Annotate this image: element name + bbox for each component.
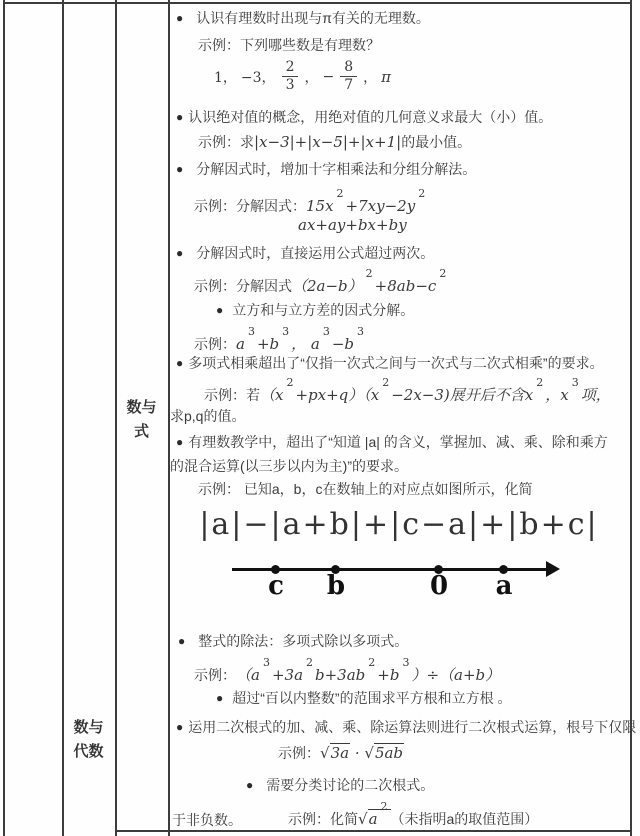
example-line: 示例：下列哪些数是有理数？ [198, 37, 380, 54]
table-border-right [630, 0, 632, 836]
text-line: 于非负数。 [172, 812, 242, 829]
example-prefix: 示例： [194, 667, 236, 684]
example-suffix: 的最小值。 [401, 134, 471, 151]
bullet-icon: ● [176, 434, 183, 451]
example-suffix: （未指明a的取值范围） [391, 811, 539, 828]
pi-symbol: π [381, 68, 391, 86]
number-item: 1， [214, 67, 237, 87]
square-formula: （2a−b）2+8ab−c2 [292, 273, 448, 295]
comma: ， [363, 67, 377, 87]
table-border-col1 [62, 0, 64, 836]
formula-line: ax+ay+bx+by [298, 217, 407, 234]
example-text: 示例： 已知a，b，c在数轴上的对应点如图所示，化简 [198, 481, 532, 498]
bullet-text: 分解因式时，直接运用公式超过两次。 [196, 245, 434, 262]
row-label-domain-line1: 数与 [62, 716, 115, 740]
bullet-icon: ● [178, 633, 185, 650]
example-prefix: 示例： [278, 745, 320, 762]
example-line: 示例：分解因式 （2a−b）2+8ab−c2 [194, 273, 448, 295]
bullet-icon: ● [176, 10, 183, 27]
bullet-item: ● 认识有理数时出现与π有关的无理数。 [176, 10, 430, 28]
table-border-top [3, 2, 632, 4]
wrapped-text: 于非负数。 [172, 812, 242, 829]
bullet-text: 认识有理数时出现与π有关的无理数。 [196, 10, 430, 27]
absolute-value-expression: |a|−|a+b|+|c−a|+|b+c| [168, 507, 630, 542]
bullet-item: ● 多项式相乘超出了“仅指一次式之间与一次式与二次式相乘”的要求。 [176, 355, 604, 373]
expansion-formula: （x2+px+q）（x2−2x−3)展开后不含x2，x3项， [260, 382, 611, 404]
bullet-text: 分解因式时，增加十字相乘法和分组分解法。 [196, 161, 476, 178]
table-border-left [3, 0, 5, 836]
fraction-eight-sevenths: 8 7 [340, 60, 357, 93]
bullet-item: ● 认识绝对值的概念，用绝对值的几何意义求最大（小）值。 [176, 109, 552, 127]
example-line: 示例：分解因式： 15x2+7xy−2y2 [194, 193, 427, 215]
minus-sign: − [322, 69, 334, 85]
bullet-text: 有理数教学中，超出了“知道 |a| 的含义，掌握加、减、乘、除和乘方 [188, 434, 608, 451]
example-line: 示例：化简 √a2 （未指明a的取值范围） [288, 806, 538, 828]
example-prefix: 示例：化简 [288, 811, 358, 828]
sub-bullet-item: ● 立方和与立方差的因式分解。 [216, 302, 414, 320]
row-label-topic-line2: 式 [115, 420, 168, 444]
table-border-row-bottom [115, 830, 632, 832]
bullet-item: ● 分解因式时，增加十字相乘法和分组分解法。 [176, 161, 476, 179]
fraction-two-thirds: 2 3 [282, 60, 299, 93]
example-line: 示例：若 （x2+px+q）（x2−2x−3)展开后不含x2，x3项， [204, 382, 611, 404]
numberline-label-c: c [261, 571, 291, 601]
example-line: 示例： （a3+3a2b+3ab2+b3）÷（a+b） [194, 662, 500, 684]
factoring-formula: 15x2+7xy−2y2 [306, 193, 427, 215]
numberline-label-a: a [489, 571, 519, 601]
row-label-topic-line1: 数与 [115, 396, 168, 420]
sub-bullet-item: ● 超过“百以内整数”的范围求平方根和立方根 。 [216, 690, 511, 708]
row-label-domain: 数与 代数 [62, 716, 115, 764]
bullet-text: 认识绝对值的概念，用绝对值的几何意义求最大（小）值。 [188, 109, 552, 126]
wrapped-text: 的混合运算(以三步以内为主)”的要求。 [170, 458, 408, 475]
example-prefix: 示例：求 [198, 134, 254, 151]
rational-numbers-list: 1， −3， 2 3 ， − 8 7 ， π [214, 60, 391, 93]
bullet-text: 超过“百以内整数”的范围求平方根和立方根 。 [232, 690, 511, 707]
bullet-item: ● 有理数教学中，超出了“知道 |a| 的含义，掌握加、减、乘、除和乘方 [176, 434, 608, 452]
example-prefix: 示例： [194, 336, 236, 353]
example-prefix: 示例：若 [204, 387, 260, 404]
example-line: 示例： √3a · √5ab [278, 745, 404, 762]
example-text: 示例：下列哪些数是有理数？ [198, 37, 380, 54]
radical-product-formula: √3a · √5ab [320, 745, 404, 762]
row-label-topic: 数与 式 [115, 396, 168, 444]
bullet-icon: ● [246, 777, 253, 794]
example-prefix: 示例：分解因式： [194, 198, 306, 215]
example-line: 示例： a3+b3， a3−b3 [194, 331, 366, 353]
bullet-text: 多项式相乘超出了“仅指一次式之间与一次式与二次式相乘”的要求。 [188, 355, 603, 372]
bullet-item: ● 分解因式时，直接运用公式超过两次。 [176, 245, 434, 263]
grouping-formula: ax+ay+bx+by [298, 217, 407, 234]
bullet-icon: ● [216, 690, 223, 707]
bullet-item: ● 运用二次根式的加、减、乘、除运算法则进行二次根式运算，根号下仅限 [176, 719, 636, 737]
bullet-text: 整式的除法：多项式除以多项式。 [198, 633, 408, 650]
number-item: −3， [241, 67, 276, 87]
bullet-text: 需要分类讨论的二次根式。 [266, 777, 434, 794]
number-line-arrowhead [546, 561, 560, 577]
wrapped-text: 求p,q的值。 [170, 408, 245, 425]
bullet-text: 立方和与立方差的因式分解。 [232, 302, 414, 319]
text-line: 求p,q的值。 [170, 408, 245, 425]
radical-simplify-formula: √a2 [358, 806, 391, 828]
scanned-table-page: 数与 代数 数与 式 ● 认识有理数时出现与π有关的无理数。 示例：下列哪些数是… [0, 0, 640, 836]
row-label-domain-line2: 代数 [62, 740, 115, 764]
comma: ， [304, 67, 318, 87]
bullet-icon: ● [176, 161, 183, 178]
cubes-formula: a3+b3， a3−b3 [236, 331, 366, 353]
example-line: 示例： 已知a，b，c在数轴上的对应点如图所示，化简 [198, 481, 532, 498]
bullet-icon: ● [176, 719, 183, 736]
bullet-icon: ● [216, 302, 223, 319]
bullet-text: 运用二次根式的加、减、乘、除运算法则进行二次根式运算，根号下仅限 [188, 719, 636, 736]
bullet-icon: ● [176, 109, 183, 126]
sub-bullet-item: ● 需要分类讨论的二次根式。 [246, 777, 434, 795]
text-line: 的混合运算(以三步以内为主)”的要求。 [170, 458, 408, 475]
bullet-item: ● 整式的除法：多项式除以多项式。 [178, 633, 408, 651]
abs-value-formula: |x−3|+|x−5|+|x+1| [254, 134, 401, 151]
example-line: 示例：求 |x−3|+|x−5|+|x+1| 的最小值。 [198, 134, 471, 151]
polynomial-division-formula: （a3+3a2b+3ab2+b3）÷（a+b） [236, 662, 500, 684]
number-line-figure: c b 0 a [168, 555, 630, 610]
numberline-label-b: b [321, 571, 351, 601]
numberline-label-0: 0 [424, 571, 454, 601]
bullet-icon: ● [176, 355, 183, 372]
example-prefix: 示例：分解因式 [194, 278, 292, 295]
bullet-icon: ● [176, 245, 183, 262]
